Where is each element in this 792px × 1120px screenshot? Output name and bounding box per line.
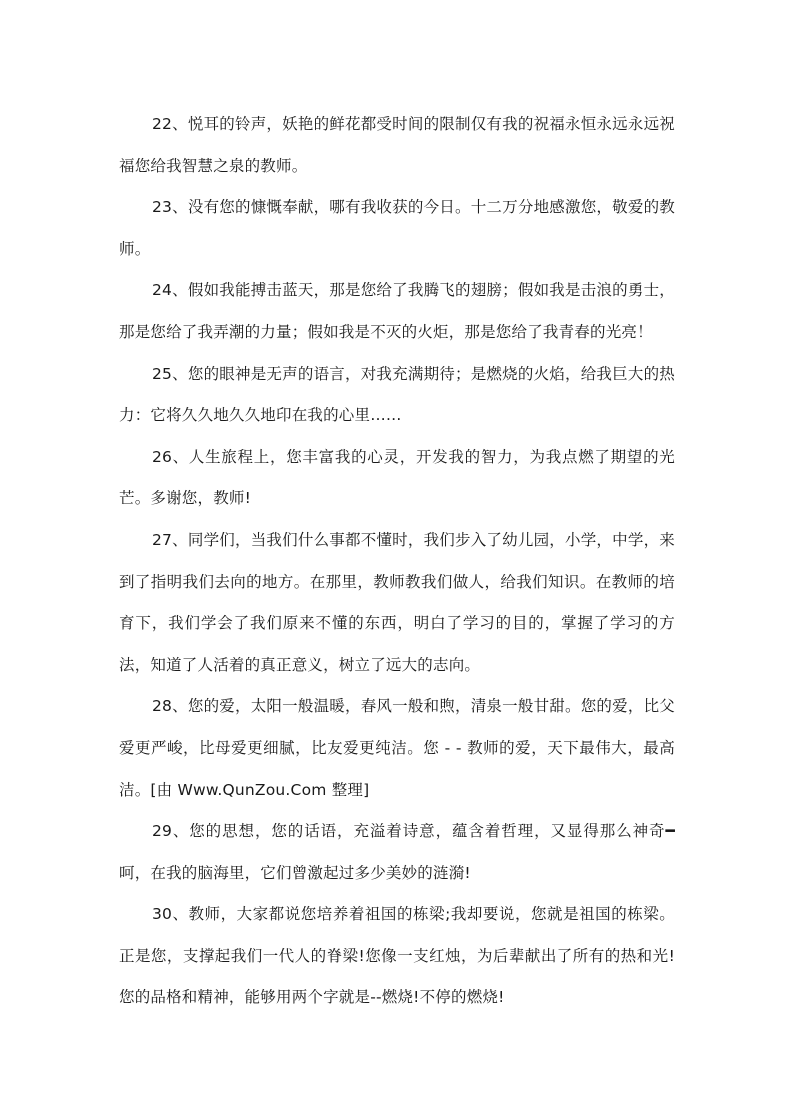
paragraph-30: 30、教师，大家都说您培养着祖国的栋梁;我却要说，您就是祖国的栋梁。正是您，支撑… [119,894,675,1019]
paragraph-23: 23、没有您的慷慨奉献，哪有我收获的今日。十二万分地感激您，敬爱的教师。 [119,187,675,270]
document-page: 22、悦耳的铃声，妖艳的鲜花都受时间的限制仅有我的祝福永恒永远永远祝福您给我智慧… [119,104,675,1019]
paragraph-28: 28、您的爱，太阳一般温暖，春风一般和煦，清泉一般甘甜。您的爱，比父爱更严峻，比… [119,686,675,811]
paragraph-26: 26、人生旅程上，您丰富我的心灵，开发我的智力，为我点燃了期望的光芒。多谢您，教… [119,437,675,520]
paragraph-24: 24、假如我能搏击蓝天，那是您给了我腾飞的翅膀；假如我是击浪的勇士，那是您给了我… [119,270,675,353]
paragraph-27: 27、同学们，当我们什么事都不懂时，我们步入了幼儿园，小学，中学，来到了指明我们… [119,520,675,686]
paragraph-25: 25、您的眼神是无声的语言，对我充满期待；是燃烧的火焰，给我巨大的热力：它将久久… [119,354,675,437]
paragraph-22: 22、悦耳的铃声，妖艳的鲜花都受时间的限制仅有我的祝福永恒永远永远祝福您给我智慧… [119,104,675,187]
paragraph-29: 29、您的思想，您的话语，充溢着诗意，蕴含着哲理，又显得那么神奇━呵，在我的脑海… [119,811,675,894]
